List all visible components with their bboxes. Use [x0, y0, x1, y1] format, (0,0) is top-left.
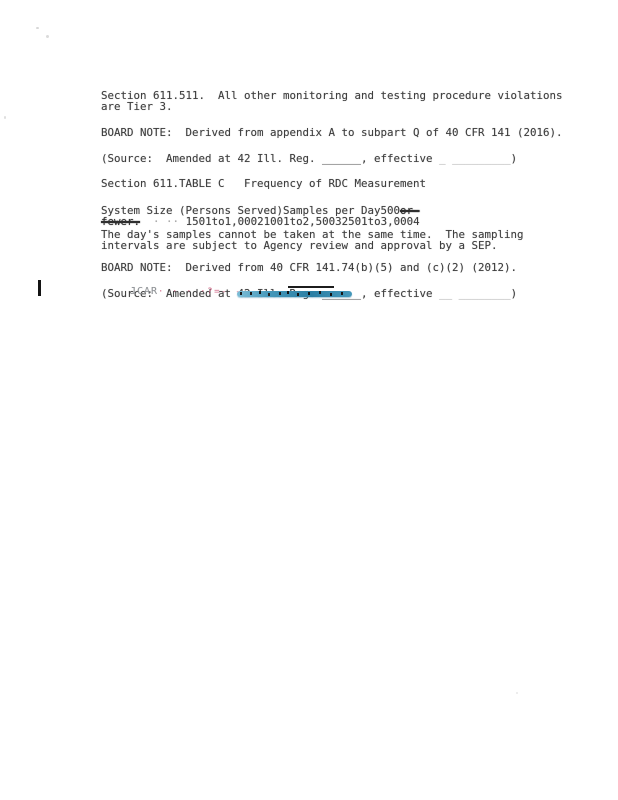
line-text: BOARD NOTE: Derived from 40 CFR 141.74(b…	[101, 261, 517, 274]
line-text: , effective	[361, 287, 439, 300]
effective-date-blank: _	[439, 152, 446, 165]
blue-ink-scribble	[237, 291, 352, 297]
line-text: are Tier 3.	[101, 100, 173, 113]
effective-date-blank: __	[439, 287, 452, 300]
line-text	[452, 287, 459, 300]
margin-change-bar	[38, 280, 41, 296]
black-overline-mark	[288, 286, 334, 288]
scanned-document-page: Section 611.511. All other monitoring an…	[0, 0, 618, 800]
effective-date-blank: _________	[452, 152, 511, 165]
line-text: Section 611.TABLE C Frequency of RDC Mea…	[101, 177, 426, 190]
scan-speck	[46, 35, 49, 38]
jcar-stamp-text: JCAR	[130, 286, 158, 297]
scan-speck	[36, 27, 39, 29]
scan-speck	[516, 692, 518, 694]
line-text: BOARD NOTE: Derived from appendix A to s…	[101, 126, 563, 139]
line-text: )	[511, 287, 518, 300]
line-text: )	[511, 152, 518, 165]
scan-speck	[4, 116, 6, 119]
effective-date-blank: ________	[459, 287, 511, 300]
